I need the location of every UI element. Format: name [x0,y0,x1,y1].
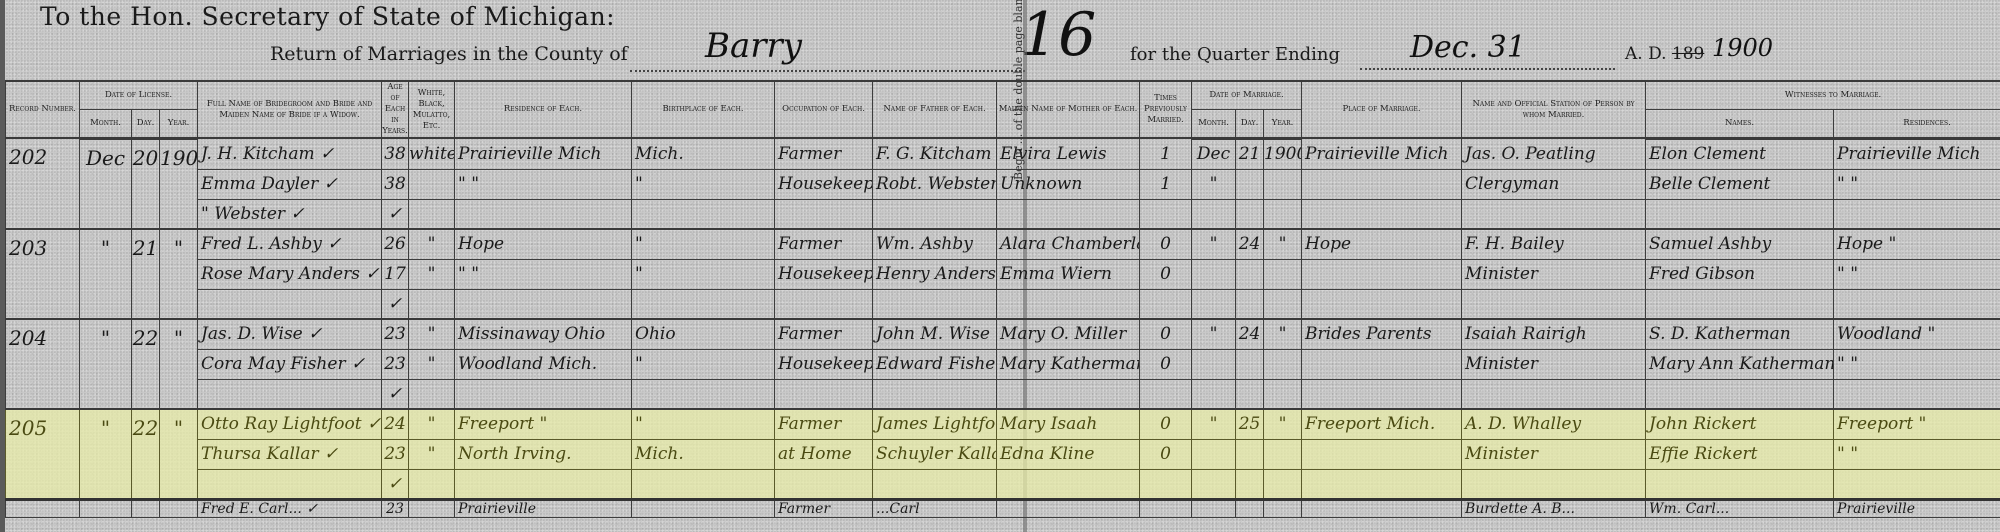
record-marriage-year [1264,169,1302,199]
quarter-dotted-line [1360,68,1615,70]
record-witness-name: Samuel Ashby [1646,229,1834,260]
record-age: 23 [382,319,409,350]
record-place: Prairieville Mich [1302,138,1462,169]
record-age: 38 [382,138,409,169]
record-officiant [1462,199,1646,229]
record-marriage-month: " [1192,169,1236,199]
record-marriage-month: " [1192,229,1236,260]
record-color [409,289,455,319]
partial-officiant: Burdette A. B... [1462,499,1646,517]
table-row: 204"22"Jas. D. Wise ✓23"Missinaway OhioO… [6,319,2000,350]
record-marriage-month: " [1192,319,1236,350]
record-witness-name: S. D. Katherman [1646,319,1834,350]
record-occupation: Farmer [775,409,873,440]
quarter-ending-value: Dec. 31 [1410,30,1526,65]
record-officiant: A. D. Whalley [1462,409,1646,440]
table-row: 205"22"Otto Ray Lightfoot ✓24"Freeport "… [6,409,2000,440]
record-residence [455,199,632,229]
record-residence: Missinaway Ohio [455,319,632,350]
record-birthplace: Mich. [632,138,775,169]
record-birthplace [632,469,775,499]
col-occupation: Occupation of Each. [775,81,873,138]
record-witness-name [1646,469,1834,499]
record-witness-name: John Rickert [1646,409,1834,440]
record-occupation: Housekeeper [775,169,873,199]
record-times-married: 0 [1140,409,1192,440]
record-marriage-year [1264,379,1302,409]
record-marriage-day [1236,199,1264,229]
record-name: Rose Mary Anders ✓ [198,259,382,289]
ad-label-text: A. D. [1625,44,1667,64]
record-birthplace [632,379,775,409]
record-residence: Woodland Mich. [455,349,632,379]
record-times-married: 0 [1140,349,1192,379]
col-officiant: Name and Official Station of Person by w… [1462,81,1646,138]
record-mother: Edna Kline [997,439,1140,469]
record-times-married: 0 [1140,319,1192,350]
record-witness-residence: Hope " [1834,229,2000,260]
record-color: white [409,138,455,169]
record-father [873,199,997,229]
col-place: Place of Marriage. [1302,81,1462,138]
record-age: 23 [382,439,409,469]
record-mother: Mary O. Miller [997,319,1140,350]
col-witnesses: Witnesses to Marriage. [1646,81,2000,109]
margin-note: Begin ... of the double page blank [1012,0,1025,180]
record-witness-residence: " " [1834,349,2000,379]
record-occupation [775,289,873,319]
col-full-name: Full Name of Bridegroom and Bride and Ma… [198,81,382,138]
record-place: Freeport Mich. [1302,409,1462,440]
table-row: ✓ [6,469,2000,499]
record-occupation: Farmer [775,229,873,260]
record-marriage-day [1236,439,1264,469]
county-dotted-line [630,70,1025,72]
col-license-year: Year. [160,109,198,138]
record-times-married [1140,199,1192,229]
record-birthplace [632,199,775,229]
record-officiant: Isaiah Rairigh [1462,319,1646,350]
record-name: Cora May Fisher ✓ [198,349,382,379]
record-marriage-day [1236,349,1264,379]
col-witness-names: Names. [1646,109,1834,138]
record-times-married [1140,469,1192,499]
record-marriage-day [1236,259,1264,289]
record-name [198,469,382,499]
record-name: Otto Ray Lightfoot ✓ [198,409,382,440]
record-residence [455,379,632,409]
record-place: Brides Parents [1302,319,1462,350]
record-name: Emma Dayler ✓ [198,169,382,199]
table-row: ✓ [6,379,2000,409]
record-color: " [409,259,455,289]
table-row: Emma Dayler ✓38" ""HousekeeperRobt. Webs… [6,169,2000,199]
partial-witness-residence: Prairieville [1834,499,2000,517]
record-father: Wm. Ashby [873,229,997,260]
record-marriage-year [1264,349,1302,379]
license-month: " [80,229,132,319]
record-occupation: Housekeeper [775,259,873,289]
record-residence: " " [455,259,632,289]
record-marriage-year [1264,439,1302,469]
record-residence: Hope [455,229,632,260]
record-residence [455,289,632,319]
record-witness-name: Effie Rickert [1646,439,1834,469]
record-mother: Mary Katherman [997,349,1140,379]
record-color: " [409,349,455,379]
record-witness-residence: " " [1834,439,2000,469]
record-birthplace: " [632,169,775,199]
record-residence: " " [455,169,632,199]
record-marriage-day: 24 [1236,229,1264,260]
record-occupation [775,379,873,409]
col-date-of-license: Date of License. [80,81,198,109]
record-place [1302,379,1462,409]
record-witness-residence: Woodland " [1834,319,2000,350]
record-marriage-month: " [1192,409,1236,440]
record-father: John M. Wise [873,319,997,350]
record-marriage-month [1192,289,1236,319]
license-year: " [160,319,198,409]
record-marriage-day [1236,289,1264,319]
record-father: F. G. Kitcham [873,138,997,169]
partial-age: 23 [382,499,409,517]
record-mother: Mary Isaah [997,409,1140,440]
col-license-month: Month. [80,109,132,138]
record-officiant: Minister [1462,439,1646,469]
record-times-married: 0 [1140,229,1192,260]
record-age: 17 [382,259,409,289]
record-age: ✓ [382,199,409,229]
col-marriage-year: Year. [1264,109,1302,138]
license-day: 22 [132,319,160,409]
record-father [873,289,997,319]
license-year: 1900 [160,138,198,229]
col-birthplace: Birthplace of Each. [632,81,775,138]
record-officiant: F. H. Bailey [1462,229,1646,260]
partial-occupation: Farmer [775,499,873,517]
record-birthplace: Ohio [632,319,775,350]
record-residence: Prairieville Mich [455,138,632,169]
col-times-married: Times Previously Married. [1140,81,1192,138]
record-marriage-month [1192,199,1236,229]
col-marriage-month: Month. [1192,109,1236,138]
partial-residence: Prairieville [455,499,632,517]
license-day: 20 [132,138,160,229]
record-name: J. H. Kitcham ✓ [198,138,382,169]
partial-name: Fred E. Carl... ✓ [198,499,382,517]
record-times-married [1140,289,1192,319]
record-occupation: Farmer [775,138,873,169]
record-mother [997,199,1140,229]
record-marriage-year [1264,289,1302,319]
license-day: 21 [132,229,160,319]
record-father: Robt. Webster [873,169,997,199]
record-marriage-month [1192,259,1236,289]
record-202: 202Dec201900J. H. Kitcham ✓38whitePrairi… [6,138,2000,229]
record-mother [997,289,1140,319]
record-mother [997,469,1140,499]
record-residence [455,469,632,499]
record-mother: Emma Wiern [997,259,1140,289]
record-officiant: Minister [1462,259,1646,289]
partial-record-row: Fred E. Carl... ✓ 23 Prairieville Farmer… [6,499,2000,517]
record-marriage-month [1192,349,1236,379]
year-value: 1900 [1712,34,1773,62]
record-age: ✓ [382,289,409,319]
record-birthplace: Mich. [632,439,775,469]
record-father: James Lightfoot [873,409,997,440]
license-year: " [160,229,198,319]
record-birthplace: " [632,349,775,379]
record-witness-residence: Prairieville Mich [1834,138,2000,169]
record-name [198,289,382,319]
record-father: Schuyler Kallar [873,439,997,469]
quarter-label: for the Quarter Ending [1130,44,1340,65]
record-birthplace: " [632,229,775,260]
table-row: ✓ [6,289,2000,319]
record-father: Henry Anders [873,259,997,289]
record-color [409,199,455,229]
ad-label: A. D. 189 [1625,44,1704,64]
record-times-married: 1 [1140,138,1192,169]
record-birthplace: " [632,259,775,289]
record-203: 203"21"Fred L. Ashby ✓26"Hope"FarmerWm. … [6,229,2000,319]
record-marriage-year: " [1264,319,1302,350]
record-times-married: 0 [1140,439,1192,469]
record-marriage-year [1264,259,1302,289]
record-marriage-day [1236,379,1264,409]
record-officiant: Clergyman [1462,169,1646,199]
record-name: Fred L. Ashby ✓ [198,229,382,260]
record-occupation: Housekeeper [775,349,873,379]
record-number: 203 [6,229,80,319]
col-date-of-marriage: Date of Marriage. [1192,81,1302,109]
record-marriage-month: Dec [1192,138,1236,169]
license-month: Dec [80,138,132,229]
record-occupation [775,469,873,499]
table-row: Cora May Fisher ✓23"Woodland Mich."House… [6,349,2000,379]
record-occupation [775,199,873,229]
license-month: " [80,319,132,409]
record-name: Thursa Kallar ✓ [198,439,382,469]
table-row: Rose Mary Anders ✓17"" ""HousekeeperHenr… [6,259,2000,289]
record-father [873,379,997,409]
record-birthplace: " [632,409,775,440]
record-officiant [1462,469,1646,499]
record-father [873,469,997,499]
partial-witness: Wm. Carl... [1646,499,1834,517]
addressee-heading: To the Hon. Secretary of State of Michig… [40,2,615,31]
license-month: " [80,409,132,500]
record-color [409,169,455,199]
record-witness-residence [1834,289,2000,319]
record-witness-residence: Freeport " [1834,409,2000,440]
record-marriage-year: " [1264,409,1302,440]
record-officiant: Jas. O. Peatling [1462,138,1646,169]
record-witness-name: Belle Clement [1646,169,1834,199]
record-place [1302,349,1462,379]
return-label: Return of Marriages in the County of [270,43,628,65]
license-day: 22 [132,409,160,500]
record-mother [997,379,1140,409]
record-witness-residence: " " [1834,259,2000,289]
record-marriage-month [1192,379,1236,409]
record-officiant [1462,379,1646,409]
county-value: Barry [705,26,802,66]
record-marriage-day [1236,169,1264,199]
record-color: " [409,439,455,469]
record-witness-name: Fred Gibson [1646,259,1834,289]
record-place [1302,169,1462,199]
record-marriage-year [1264,469,1302,499]
col-record-number: Record Number. [6,81,80,138]
table-row: Thursa Kallar ✓23"North Irving.Mich.at H… [6,439,2000,469]
record-color: " [409,409,455,440]
record-color [409,379,455,409]
record-witness-name: Mary Ann Katherman [1646,349,1834,379]
record-name: Jas. D. Wise ✓ [198,319,382,350]
record-age: ✓ [382,379,409,409]
record-marriage-year [1264,199,1302,229]
record-birthplace [632,289,775,319]
record-place [1302,199,1462,229]
record-age: 38 [382,169,409,199]
record-marriage-year: " [1264,229,1302,260]
record-occupation: at Home [775,439,873,469]
record-times-married: 1 [1140,169,1192,199]
record-number: 202 [6,138,80,229]
record-witness-name [1646,199,1834,229]
record-color: " [409,319,455,350]
license-year: " [160,409,198,500]
record-205: 205"22"Otto Ray Lightfoot ✓24"Freeport "… [6,409,2000,500]
record-residence: Freeport " [455,409,632,440]
record-officiant [1462,289,1646,319]
record-marriage-day [1236,469,1264,499]
record-marriage-day: 21 [1236,138,1264,169]
partial-father: ...Carl [873,499,997,517]
col-color: White, Black, Mulatto, Etc. [409,81,455,138]
record-occupation: Farmer [775,319,873,350]
record-color [409,469,455,499]
record-marriage-day: 24 [1236,319,1264,350]
col-age: Age of Each in Years. [382,81,409,138]
page-number: 16 [1020,0,1096,70]
record-residence: North Irving. [455,439,632,469]
record-number: 204 [6,319,80,409]
record-times-married [1140,379,1192,409]
record-age: ✓ [382,469,409,499]
record-name: " Webster ✓ [198,199,382,229]
col-father: Name of Father of Each. [873,81,997,138]
col-license-day: Day. [132,109,160,138]
record-witness-name: Elon Clement [1646,138,1834,169]
record-marriage-month [1192,469,1236,499]
record-witness-residence: " " [1834,169,2000,199]
record-witness-name [1646,289,1834,319]
col-residence: Residence of Each. [455,81,632,138]
table-row: 202Dec201900J. H. Kitcham ✓38whitePrairi… [6,138,2000,169]
record-witness-name [1646,379,1834,409]
record-number: 205 [6,409,80,500]
record-204: 204"22"Jas. D. Wise ✓23"Missinaway OhioO… [6,319,2000,409]
record-officiant: Minister [1462,349,1646,379]
record-age: 24 [382,409,409,440]
record-age: 23 [382,349,409,379]
record-place [1302,289,1462,319]
ad-printed-prefix: 189 [1672,44,1704,64]
record-color: " [409,229,455,260]
record-marriage-day: 25 [1236,409,1264,440]
record-witness-residence [1834,469,2000,499]
record-marriage-month [1192,439,1236,469]
record-marriage-year: 1900 [1264,138,1302,169]
record-mother: Alara Chamberlain [997,229,1140,260]
record-place [1302,439,1462,469]
record-name [198,379,382,409]
table-row: 203"21"Fred L. Ashby ✓26"Hope"FarmerWm. … [6,229,2000,260]
col-marriage-day: Day. [1236,109,1264,138]
table-row: " Webster ✓✓ [6,199,2000,229]
record-place [1302,469,1462,499]
record-place: Hope [1302,229,1462,260]
record-witness-residence [1834,379,2000,409]
record-times-married: 0 [1140,259,1192,289]
record-father: Edward Fisher [873,349,997,379]
record-witness-residence [1834,199,2000,229]
col-witness-residences: Residences. [1834,109,2000,138]
record-age: 26 [382,229,409,260]
marriage-ledger-table: Record Number. Date of License. Full Nam… [5,80,2000,518]
record-place [1302,259,1462,289]
